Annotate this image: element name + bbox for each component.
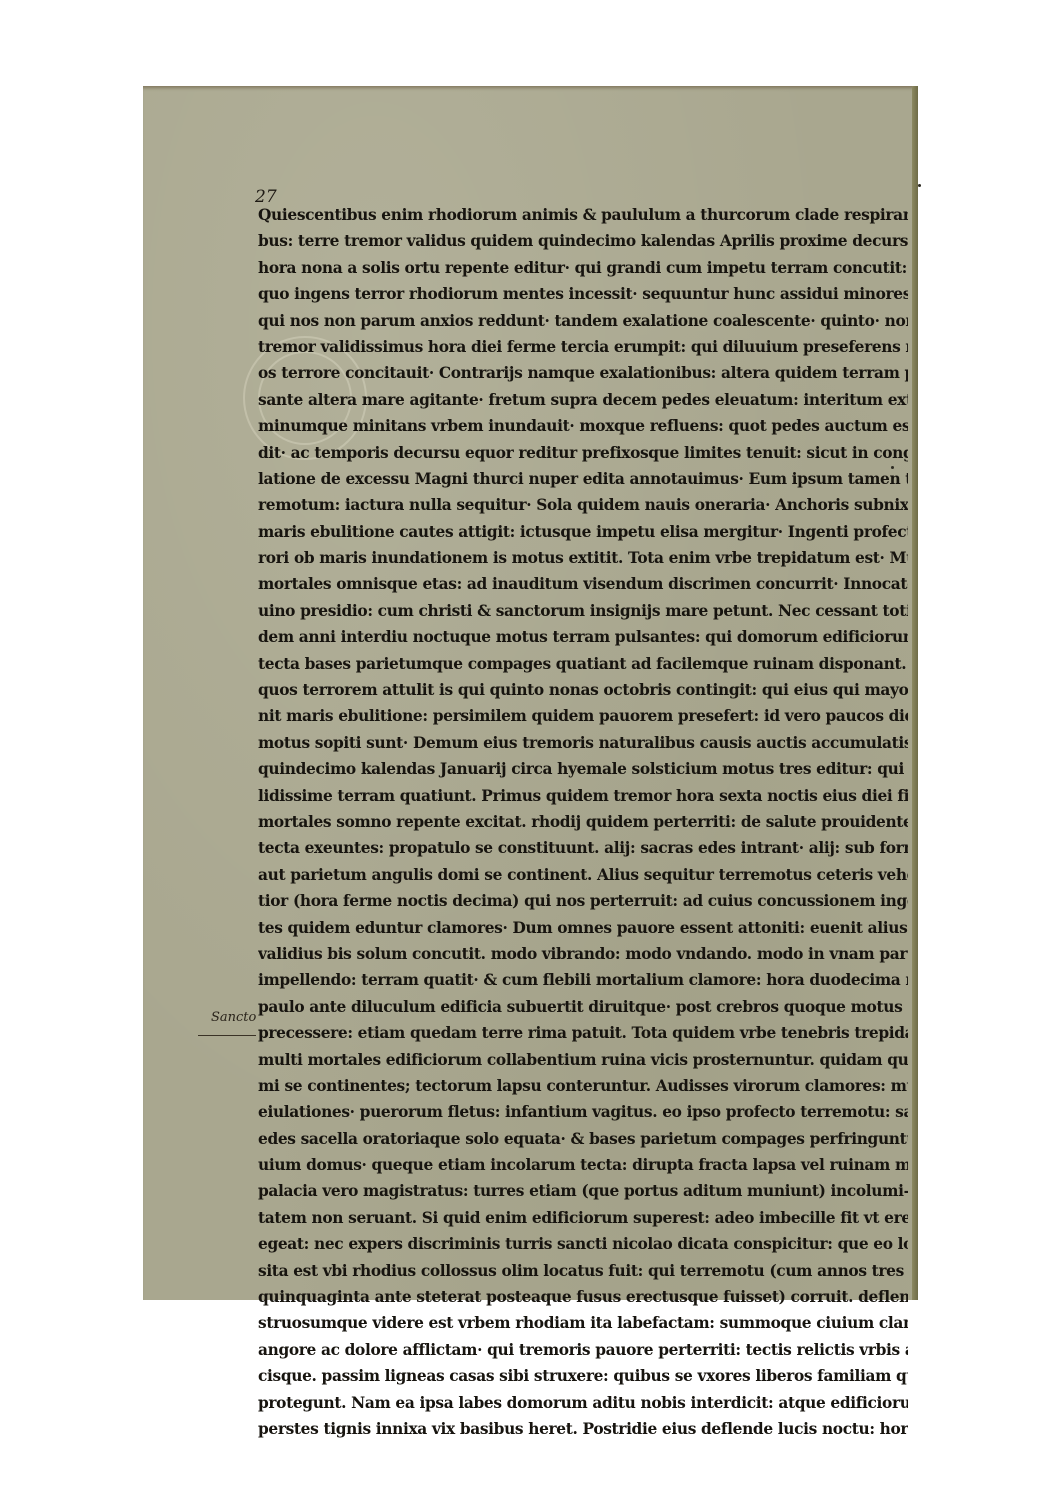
text-line: struosumque videre est vrbem rhodiam ita… (258, 1310, 908, 1336)
text-line: tior (hora ferme noctis decima) qui nos … (258, 888, 908, 914)
text-line: multi mortales edificiorum collabentium … (258, 1047, 908, 1073)
text-line: tecta exeuntes: propatulo se constituunt… (258, 835, 908, 861)
text-line: mi se continentes; tectorum lapsu conter… (258, 1073, 908, 1099)
text-line: validius bis solum concutit. modo vibran… (258, 941, 908, 967)
text-line: quindecimo kalendas Januarij circa hyema… (258, 756, 908, 782)
text-line: edes sacella oratoriaque solo equata· & … (258, 1126, 908, 1152)
text-line: tremor validissimus hora diei ferme terc… (258, 334, 908, 360)
text-line: nit maris ebulitione: persimilem quidem … (258, 703, 908, 729)
text-line: bus: terre tremor validus quidem quindec… (258, 228, 908, 254)
text-line: tecta bases parietumque compages quatian… (258, 651, 908, 677)
text-line: palacia vero magistratus: turres etiam (… (258, 1178, 908, 1204)
speck (918, 184, 921, 187)
text-line: sita est vbi rhodius collossus olim loca… (258, 1258, 908, 1284)
text-line: maris ebulitione cautes attigit: ictusqu… (258, 519, 908, 545)
text-line: rori ob maris inundationem is motus exti… (258, 545, 908, 571)
text-line: egeat: nec expers discriminis turris san… (258, 1231, 908, 1257)
text-line: paulo ante diluculum edificia subuertit … (258, 994, 908, 1020)
margin-annotation-underline (198, 1035, 256, 1036)
text-line: minumque minitans vrbem inundauit· moxqu… (258, 413, 908, 439)
text-line: angore ac dolore afflictam· qui tremoris… (258, 1337, 908, 1363)
text-line: impellendo: terram quatit· & cum flebili… (258, 967, 908, 993)
text-line: latione de excessu Magni thurci nuper ed… (258, 466, 908, 492)
text-line: quo ingens terror rhodiorum mentes inces… (258, 281, 908, 307)
text-block: Quiescentibus enim rhodiorum animis & pa… (258, 202, 908, 1442)
text-line: protegunt. Nam ea ipsa labes domorum adi… (258, 1390, 908, 1416)
text-line: eiulationes· puerorum fletus: infantium … (258, 1099, 908, 1125)
text-line: quos terrorem attulit is qui quinto nona… (258, 677, 908, 703)
text-line: mortales omnisque etas: ad inauditum vis… (258, 571, 908, 597)
text-line: precessere: etiam quedam terre rima patu… (258, 1020, 908, 1046)
scanned-page: 27 Quiescentibus enim rhodiorum animis &… (143, 86, 918, 1300)
text-line: aut parietum angulis domi se continent. … (258, 862, 908, 888)
text-line: perstes tignis innixa vix basibus heret.… (258, 1416, 908, 1442)
text-line: dit· ac temporis decursu equor reditur p… (258, 440, 908, 466)
text-line: cisque. passim ligneas casas sibi struxe… (258, 1363, 908, 1389)
text-line: tatem non seruant. Si quid enim edificio… (258, 1205, 908, 1231)
text-line: sante altera mare agitante· fretum supra… (258, 387, 908, 413)
text-line: lidissime terram quatiunt. Primus quidem… (258, 783, 908, 809)
margin-annotation: Sancto (211, 1010, 256, 1025)
text-line: os terrore concitauit· Contrarijs namque… (258, 360, 908, 386)
text-line: quinquaginta ante steterat posteaque fus… (258, 1284, 908, 1310)
text-line: dem anni interdiu noctuque motus terram … (258, 624, 908, 650)
text-line: uium domus· queque etiam incolarum tecta… (258, 1152, 908, 1178)
text-line: Quiescentibus enim rhodiorum animis & pa… (258, 202, 908, 228)
page-edge (912, 86, 918, 1300)
text-line: tes quidem eduntur clamores· Dum omnes p… (258, 915, 908, 941)
text-line: remotum: iactura nulla sequitur· Sola qu… (258, 492, 908, 518)
text-line: uino presidio: cum christi & sanctorum i… (258, 598, 908, 624)
text-line: mortales somno repente excitat. rhodij q… (258, 809, 908, 835)
text-line: motus sopiti sunt· Demum eius tremoris n… (258, 730, 908, 756)
text-line: qui nos non parum anxios reddunt· tandem… (258, 308, 908, 334)
text-line: hora nona a solis ortu repente editur· q… (258, 255, 908, 281)
